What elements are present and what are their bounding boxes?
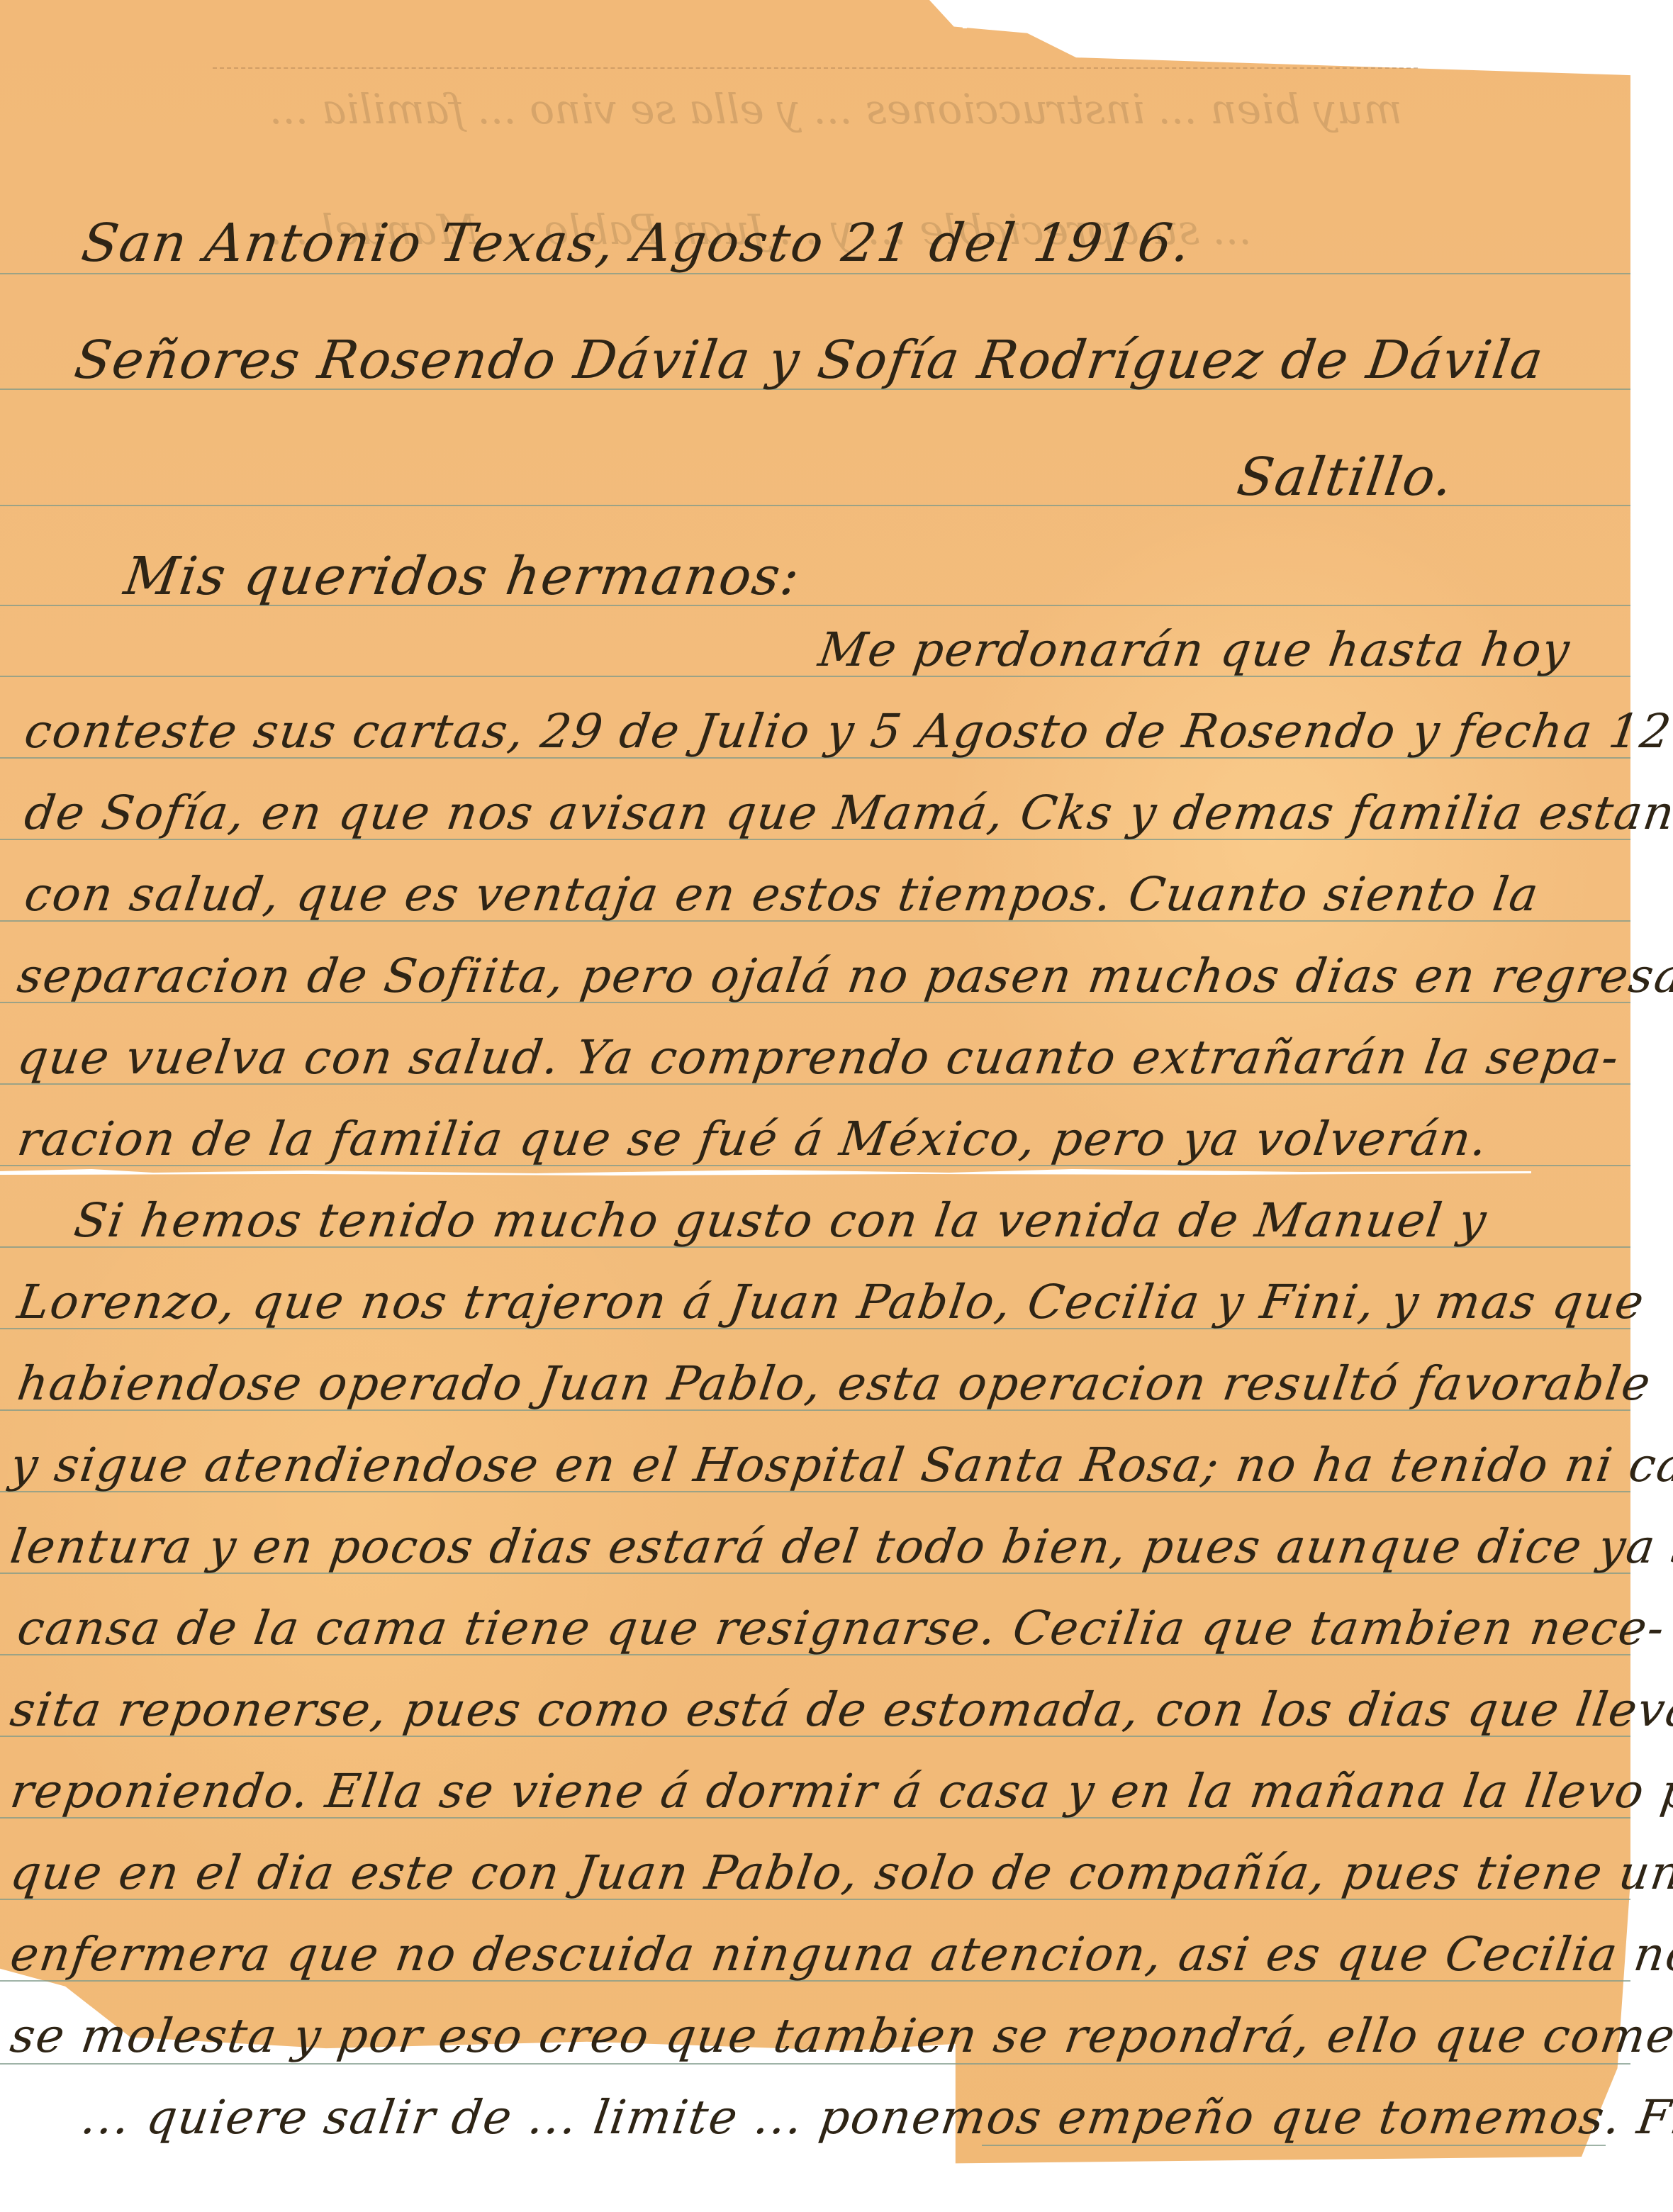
letter-line: que vuelva con salud. Ya comprendo cuant…	[14, 1030, 1623, 1085]
paper-tear-top	[950, 0, 978, 28]
paper-fold-perforation	[213, 67, 1418, 69]
letter-line: conteste sus cartas, 29 de Julio y 5 Ago…	[21, 704, 1673, 759]
letter-line: habiendose operado Juan Pablo, esta oper…	[14, 1356, 1655, 1411]
letter-line: que en el dia este con Juan Pablo, solo …	[7, 1845, 1673, 1900]
letter-line: Me perdonarán que hasta hoy	[815, 622, 1574, 677]
bleed-through-text: muy bien ... instrucciones ... y ella se…	[269, 85, 1402, 133]
letter-city: Saltillo.	[1233, 447, 1457, 508]
letter-line: reponiendo. Ella se viene á dormir á cas…	[7, 1764, 1673, 1819]
letter-line: sita reponerse, pues como está de estoma…	[7, 1682, 1673, 1737]
letter-line: Si hemos tenido mucho gusto con la venid…	[71, 1193, 1491, 1248]
letter-line: enfermera que no descuida ninguna atenci…	[7, 1927, 1673, 1982]
letter-dateline: San Antonio Texas, Agosto 21 del 1916.	[78, 213, 1195, 274]
letter-addressee: Señores Rosendo Dávila y Sofía Rodríguez…	[71, 330, 1548, 391]
letter-salutation: Mis queridos hermanos:	[121, 546, 805, 607]
letter-line: Lorenzo, que nos trajeron á Juan Pablo, …	[14, 1275, 1648, 1329]
letter-line: separacion de Sofiita, pero ojalá no pas…	[14, 949, 1673, 1003]
letter-line: con salud, que es ventaja en estos tiemp…	[21, 867, 1543, 922]
letter-line: ... quiere salir de ... limite ... ponem…	[78, 2090, 1673, 2145]
ruled-line	[982, 2145, 1606, 2146]
letter-line: lentura y en pocos dias estará del todo …	[7, 1519, 1673, 1574]
letter-line: y sigue atendiendose en el Hospital Sant…	[7, 1438, 1673, 1492]
letter-line: de Sofía, en que nos avisan que Mamá, Ck…	[21, 786, 1673, 840]
ruled-line	[0, 2063, 1630, 2065]
letter-line: cansa de la cama tiene que resignarse. C…	[14, 1601, 1669, 1655]
letter-line: racion de la familia que se fué á México…	[14, 1112, 1492, 1166]
letter-line: se molesta y por eso creo que tambien se…	[7, 2009, 1673, 2063]
